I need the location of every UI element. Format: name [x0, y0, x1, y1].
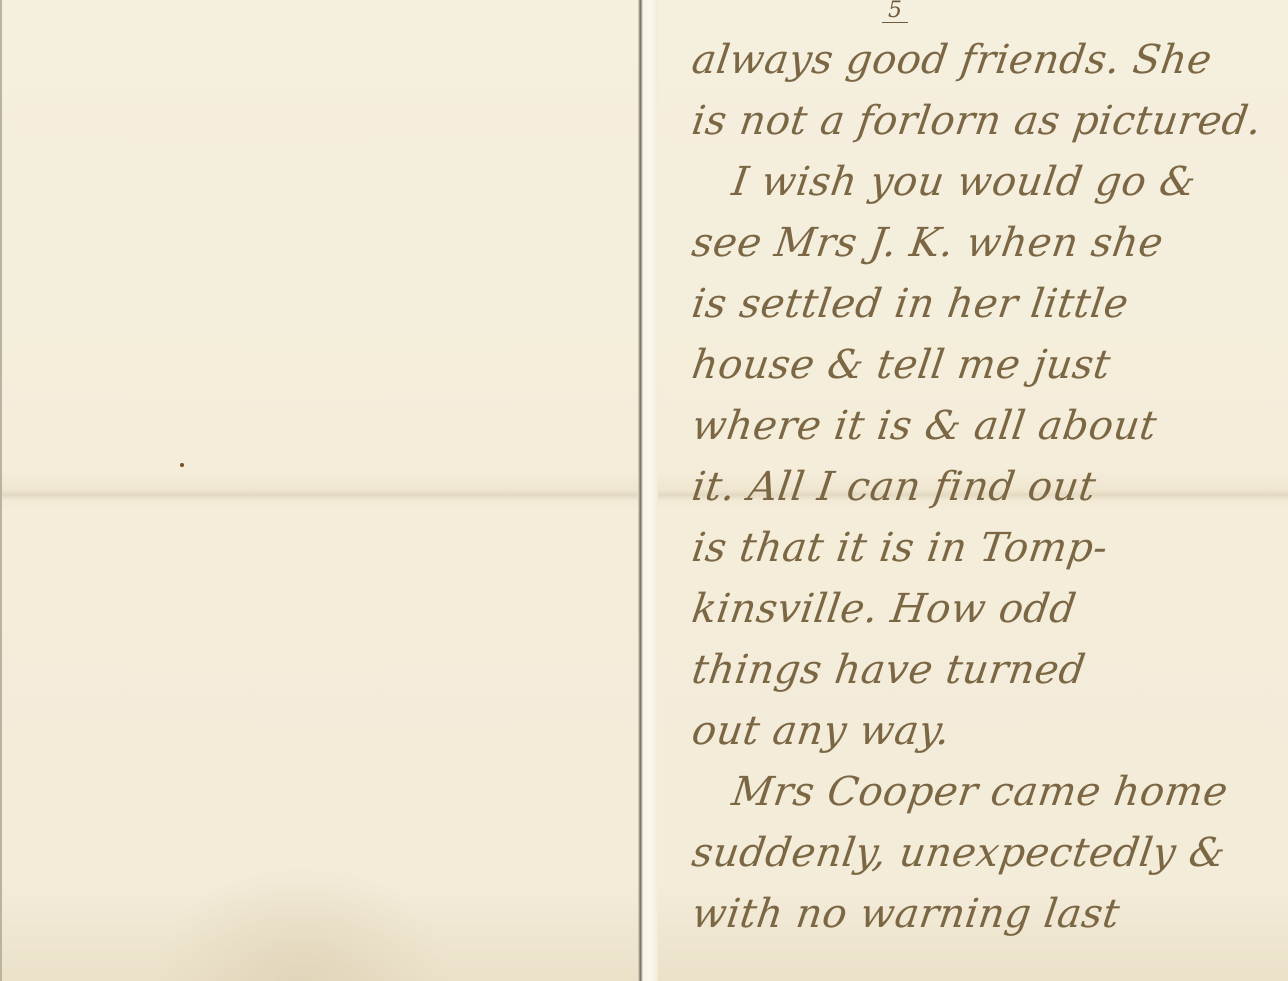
letter-spread: 5 always good friends. She is not a forl… — [0, 0, 1288, 981]
handwritten-text: always good friends. She is not a forlor… — [688, 30, 1278, 945]
text-line: things have turned — [688, 640, 1287, 701]
text-line: I wish you would go & — [688, 152, 1287, 213]
fold-crease — [2, 490, 640, 500]
text-line: kinsville. How odd — [688, 579, 1287, 640]
text-line: house & tell me just — [688, 335, 1287, 396]
page-number: 5 — [882, 0, 908, 23]
ink-spot — [180, 463, 184, 467]
text-line: Mrs Cooper came home — [688, 762, 1287, 823]
text-line: it. All I can find out — [688, 457, 1287, 518]
page-gutter — [638, 0, 658, 981]
text-line: is that it is in Tomp- — [688, 518, 1287, 579]
text-line: always good friends. She — [688, 30, 1287, 91]
text-line: where it is & all about — [688, 396, 1287, 457]
text-line: with no warning last — [688, 884, 1287, 945]
text-line: suddenly, unexpectedly & — [688, 823, 1287, 884]
text-line: see Mrs J. K. when she — [688, 213, 1287, 274]
text-line: is not a forlorn as pictured. — [688, 91, 1287, 152]
right-page: 5 always good friends. She is not a forl… — [658, 0, 1288, 981]
text-line: is settled in her little — [688, 274, 1287, 335]
text-line: out any way. — [688, 701, 1287, 762]
left-page — [0, 0, 640, 981]
